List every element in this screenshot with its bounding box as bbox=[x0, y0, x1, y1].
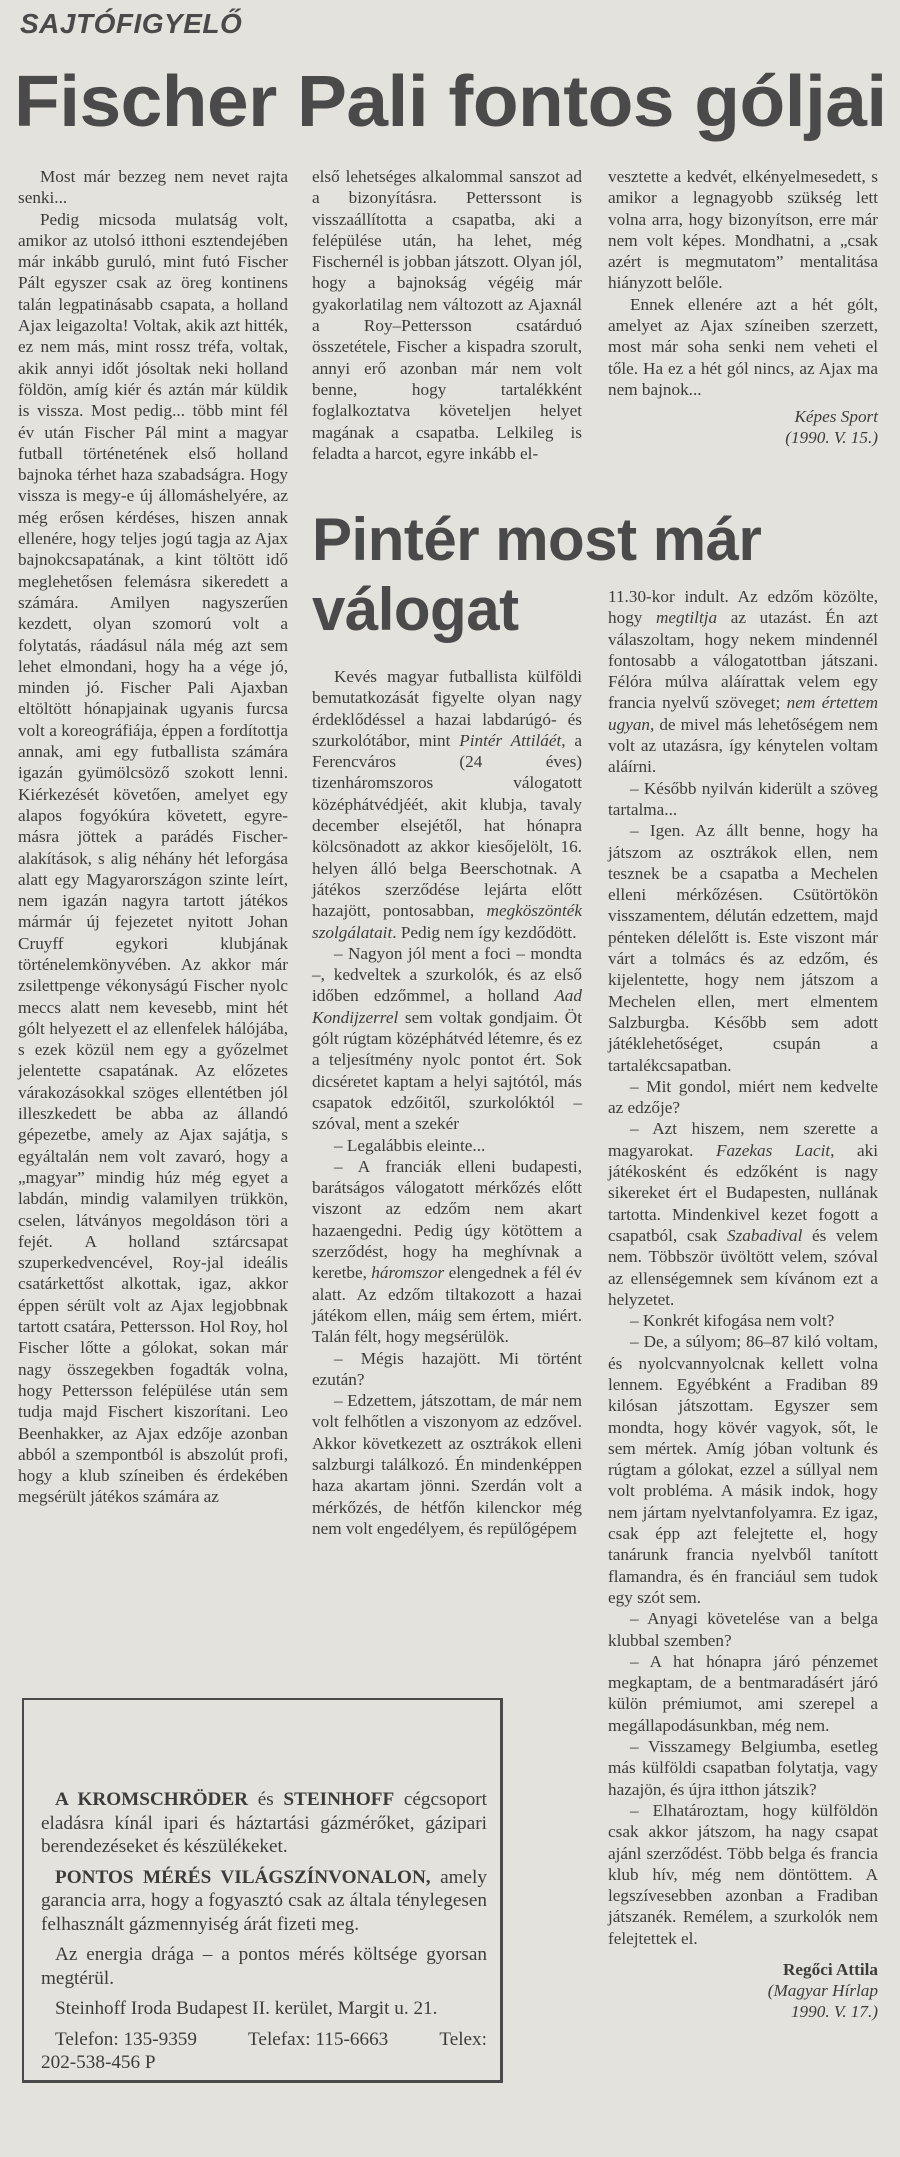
ad-address: Steinhoff Iroda Budapest II. kerület, Ma… bbox=[41, 1997, 487, 2021]
ad-slogan-paragraph: PONTOS MÉRÉS VILÁGSZÍNVONALON, amely gar… bbox=[41, 1866, 487, 1937]
article1-column2: első lehetséges alkalommal sanszot ad a … bbox=[312, 166, 582, 464]
paragraph: vesztette a kedvét, elkényelmesedett, s … bbox=[608, 166, 878, 294]
paragraph: – Anyagi követelése van a belga klubbal … bbox=[608, 1608, 878, 1651]
ad-fax: Telefax: 115-6663 bbox=[248, 2028, 388, 2052]
paragraph: Most már bezzeg nem nevet rajta senki... bbox=[18, 166, 288, 209]
paragraph: – Mégis hazajött. Mi történt ezután? bbox=[312, 1348, 582, 1391]
paragraph: Kevés magyar futballista külföldi bemuta… bbox=[312, 666, 582, 943]
article2-column2: Kevés magyar futballista külföldi bemuta… bbox=[312, 666, 582, 1539]
company-steinhoff: STEINHOFF bbox=[283, 1789, 394, 1810]
section-label: SAJTÓFIGYELŐ bbox=[20, 8, 242, 40]
paragraph: – Később nyilván kiderült a szöveg tarta… bbox=[608, 778, 878, 821]
ad-telex-label: Telex: bbox=[439, 2028, 487, 2052]
article1-source: Képes Sport (1990. V. 15.) bbox=[608, 406, 878, 448]
advertisement-content: A KROMSCHRÖDER és STEINHOFF cégcsoport e… bbox=[41, 1788, 487, 2075]
paragraph: – A franciák elleni budapesti, barátságo… bbox=[312, 1156, 582, 1348]
article1-column3: vesztette a kedvét, elkényelmesedett, s … bbox=[608, 166, 878, 448]
article2-byline: Regőci Attila bbox=[608, 1959, 878, 1980]
article2-source: (Magyar Hírlap1990. V. 17.) bbox=[608, 1980, 878, 2022]
ad-contact-row: Telefon: 135-9359 Telefax: 115-6663 Tele… bbox=[41, 2028, 487, 2052]
paragraph: – Visszamegy Belgiumba, esetleg más külf… bbox=[608, 1736, 878, 1800]
paragraph: 11.30-kor indult. Az edzőm közölte, hogy… bbox=[608, 586, 878, 778]
paragraph: Pedig micsoda mulatság volt, amikor az u… bbox=[18, 209, 288, 1508]
headline-line1: Pintér most már bbox=[312, 506, 761, 573]
paragraph: – Legalábbis eleinte... bbox=[312, 1135, 582, 1156]
paragraph: első lehetséges alkalommal sanszot ad a … bbox=[312, 166, 582, 464]
paragraph: – De, a súlyom; 86–87 kiló voltam, és ny… bbox=[608, 1331, 878, 1608]
article1-column1: Most már bezzeg nem nevet rajta senki...… bbox=[18, 166, 288, 1508]
paragraph: – Azt hiszem, nem szerette a magyarokat.… bbox=[608, 1118, 878, 1310]
ad-telex-value: 202-538-456 P bbox=[41, 2051, 487, 2075]
source-date: (1990. V. 15.) bbox=[608, 427, 878, 448]
paragraph: – Nagyon jól ment a foci – mondta –, ked… bbox=[312, 943, 582, 1135]
paragraph: – Elhatároztam, hogy külföldön csak akko… bbox=[608, 1800, 878, 1949]
paragraph: – Mit gondol, miért nem kedvelte az edző… bbox=[608, 1076, 878, 1119]
ad-slogan: PONTOS MÉRÉS VILÁGSZÍNVONALON, bbox=[55, 1867, 431, 1888]
paragraph: Ennek ellenére azt a hét gólt, amelyet a… bbox=[608, 294, 878, 400]
headline-line2: válogat bbox=[312, 576, 519, 643]
ad-conj: és bbox=[248, 1789, 283, 1810]
paragraph: – Edzettem, játszottam, de már nem volt … bbox=[312, 1390, 582, 1539]
article2-column3: 11.30-kor indult. Az edzőm közölte, hogy… bbox=[608, 586, 878, 2022]
company-kromschroder: A KROMSCHRÖDER bbox=[55, 1789, 248, 1810]
ad-intro: A KROMSCHRÖDER és STEINHOFF cégcsoport e… bbox=[41, 1788, 487, 1859]
paragraph: – A hat hónapra járó pénzemet megkaptam,… bbox=[608, 1651, 878, 1736]
ad-phone: Telefon: 135-9359 bbox=[55, 2028, 197, 2052]
paragraph: – Konkrét kifogása nem volt? bbox=[608, 1310, 878, 1331]
source-name: Képes Sport bbox=[608, 406, 878, 427]
advertisement-box: A KROMSCHRÖDER és STEINHOFF cégcsoport e… bbox=[22, 1698, 503, 2083]
article1-headline: Fischer Pali fontos góljai bbox=[14, 66, 887, 138]
paragraph: – Igen. Az állt benne, hogy ha játszom a… bbox=[608, 820, 878, 1076]
ad-energy: Az energia drága – a pontos mérés költsé… bbox=[41, 1943, 487, 1990]
